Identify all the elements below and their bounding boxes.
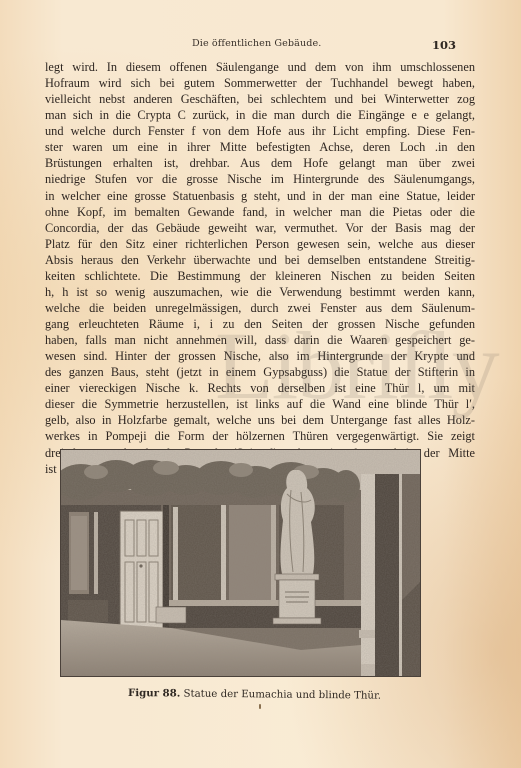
text-line: Platz für den Sitz einer richterlichen P… (45, 236, 475, 252)
page-number: 103 (432, 38, 456, 52)
text-line: ohne Kopf, im bemalten Gewande fand, in … (45, 204, 475, 220)
figure-label: Figur 88. (128, 687, 180, 700)
text-line: Brüstungen erhalten ist, drehbar. Aus de… (45, 155, 475, 171)
text-line: einer viereckigen Nische k. Rechts von d… (45, 380, 475, 396)
text-line: dieser die Symmetrie herzustellen, ist l… (45, 396, 475, 412)
text-line: gelb, also in Holzfarbe gemalt, welche u… (45, 412, 475, 428)
figure-illustration (60, 449, 421, 677)
text-line: gang erleuchteten Räume i, i zu den Seit… (45, 316, 475, 332)
figure-caption-text: Statue der Eumachia und blinde Thür. (183, 689, 381, 702)
text-line: vielleicht nebst anderen Geschäften, bei… (45, 91, 475, 107)
text-line: in welcher eine grosse Statuenbasis g st… (45, 188, 475, 204)
running-head: Die öffentlichen Gebäude. 103 (0, 38, 521, 54)
text-line: legt wird. In diesem offenen Säulengange… (45, 59, 475, 75)
text-line: des ganzen Baus, steht (jetzt in einem G… (45, 364, 475, 380)
text-line: Hofraum wird sich bei gutem Sommerwetter… (45, 75, 475, 91)
statue-engraving-icon (61, 450, 421, 677)
running-title: Die öffentlichen Gebäude. (192, 38, 321, 49)
page-speck (259, 704, 261, 709)
figure-caption: Figur 88. Statue der Eumachia und blinde… (128, 687, 381, 702)
text-line: werkes in Pompeji die Form der hölzernen… (45, 428, 475, 444)
text-line: Concordia, der das Gebäude geweiht war, … (45, 220, 475, 236)
text-line: man sich in die Crypta C zurück, in die … (45, 107, 475, 123)
text-line: wesen sind. Hinter der grossen Nische, a… (45, 348, 475, 364)
text-line: welche die beiden unregelmässigen, durch… (45, 300, 475, 316)
body-text: legt wird. In diesem offenen Säulengange… (45, 59, 475, 477)
text-line: h, h ist so wenig auszumachen, wie die V… (45, 284, 475, 300)
text-line: Absis heraus den Verkehr überwachte und … (45, 252, 475, 268)
text-line: niedrige Stufen vor die grosse Nische im… (45, 171, 475, 187)
text-line: keiten schlichtete. Die Bestimmung der k… (45, 268, 475, 284)
text-line: ster waren um eine in ihrer Mitte befest… (45, 139, 475, 155)
text-line: und welche durch Fenster f von dem Hofe … (45, 123, 475, 139)
text-line: haben, falls man nicht annehmen will, da… (45, 332, 475, 348)
